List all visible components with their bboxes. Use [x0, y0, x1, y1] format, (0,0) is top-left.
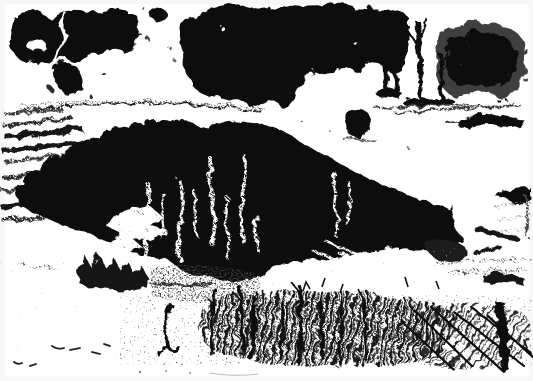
landscape-print-canvas	[0, 0, 533, 381]
stem-d	[297, 284, 300, 348]
canopy-hole	[23, 36, 43, 48]
reed-diagonals	[404, 300, 528, 368]
monotype-print: Black-and-white monotype ink print of a …	[0, 0, 533, 381]
